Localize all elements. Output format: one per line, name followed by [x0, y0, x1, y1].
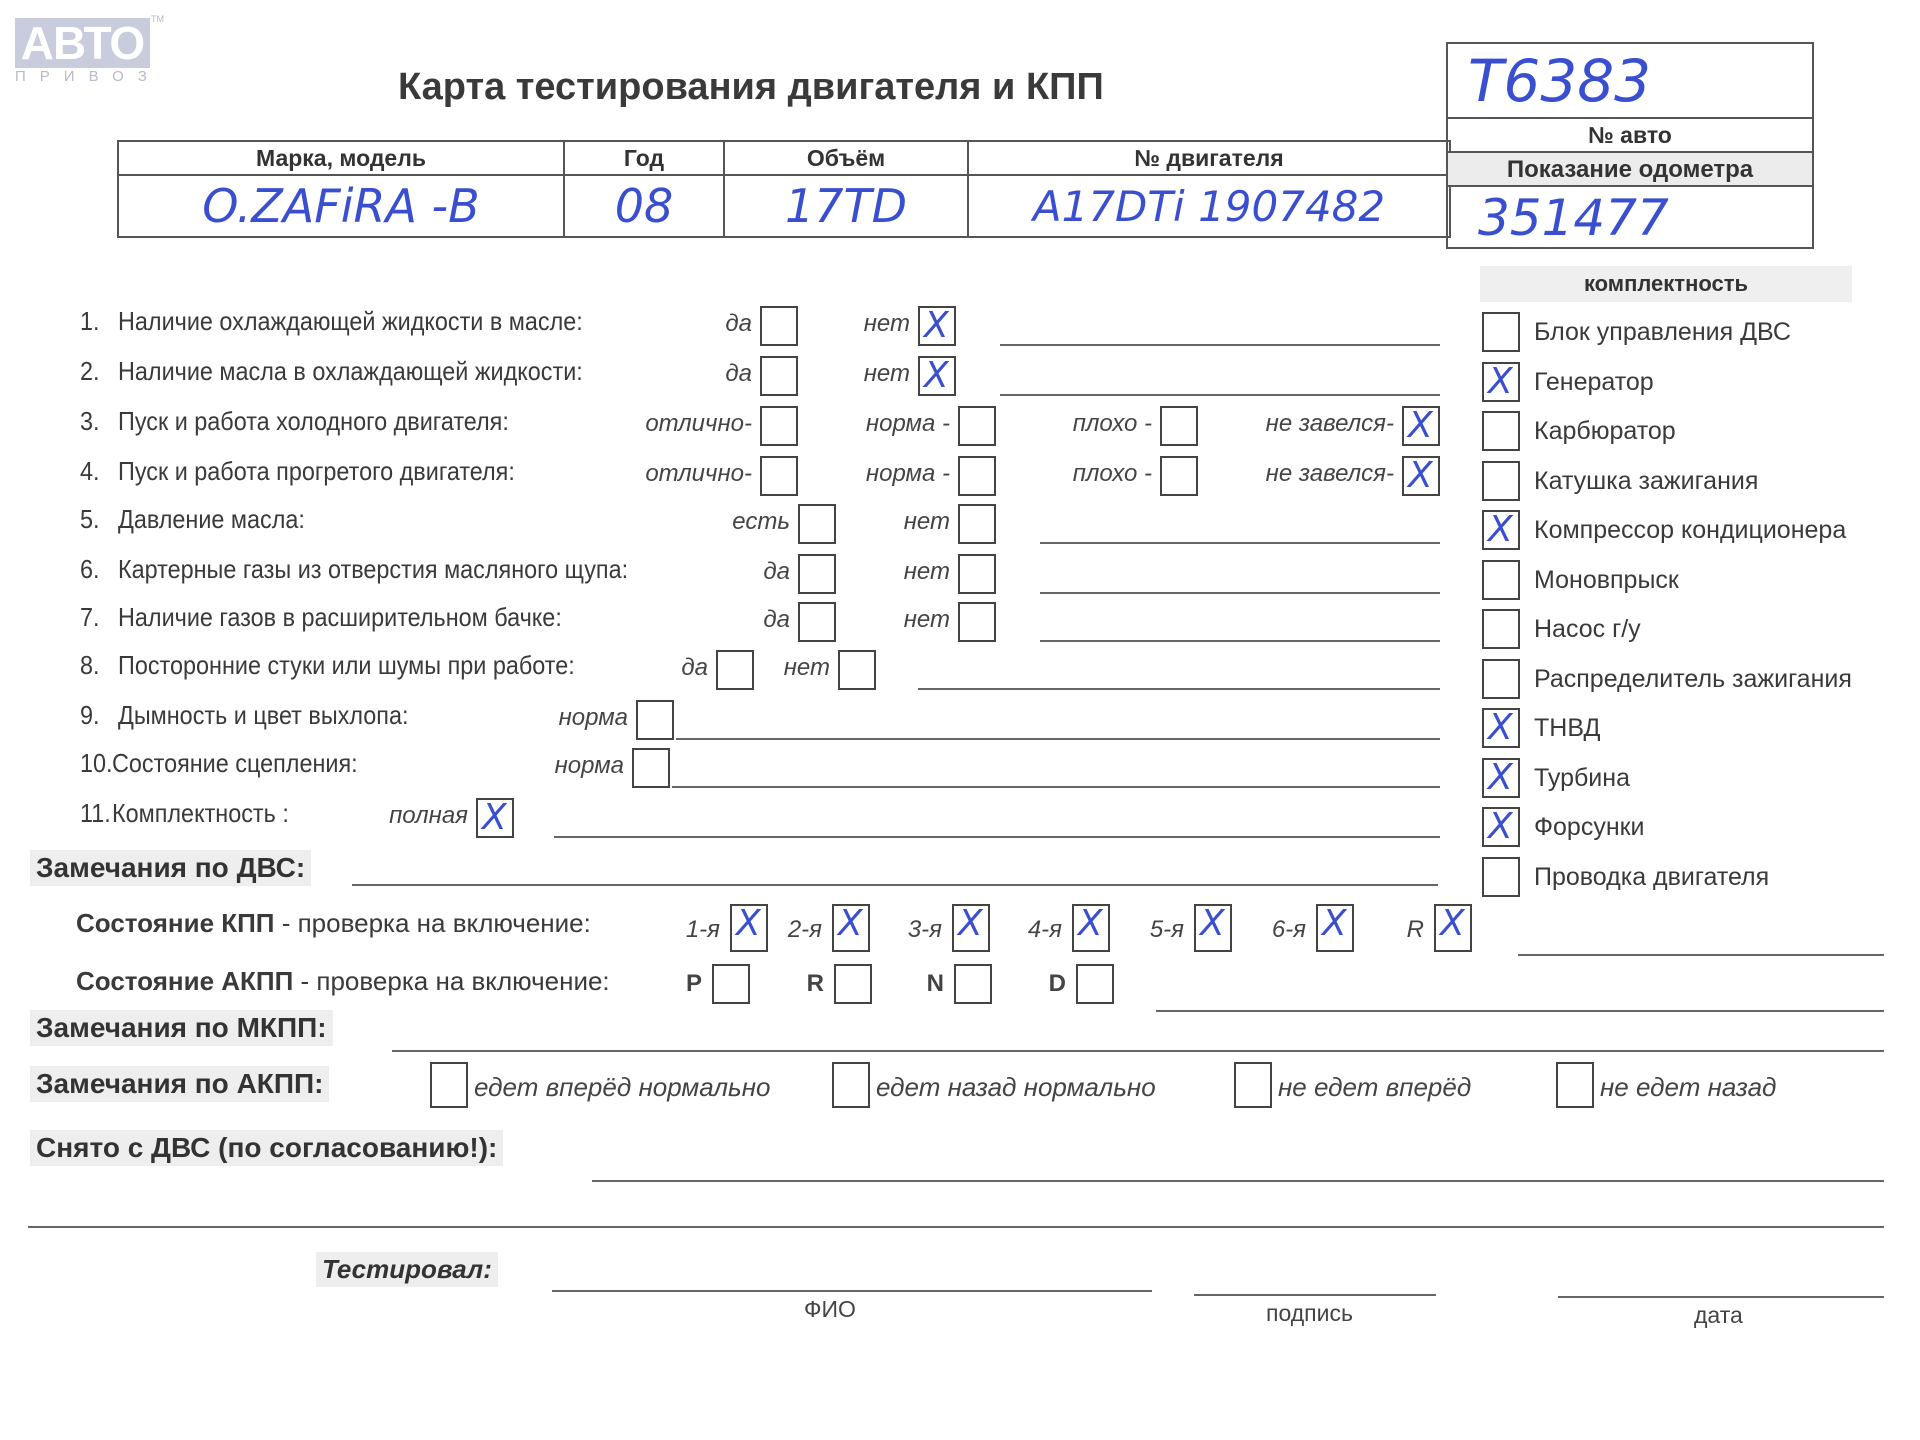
col-header-volume: Объём	[724, 141, 968, 175]
option-label: плохо -	[918, 410, 1152, 438]
check-label: Наличие охлаждающей жидкости в масле:	[118, 306, 583, 337]
signature-line[interactable]	[1194, 1294, 1436, 1296]
kit-item-label: Распределитель зажигания	[1534, 665, 1852, 694]
notes-line[interactable]	[1000, 344, 1440, 346]
option-checkbox[interactable]	[958, 554, 996, 594]
option-label: нет	[716, 606, 950, 634]
option-label: нет	[676, 360, 910, 388]
check-label: Наличие масла в охлаждающей жидкости:	[118, 356, 583, 387]
kit-checkbox[interactable]	[1482, 708, 1520, 748]
option-label: норма	[394, 704, 628, 732]
kit-checkbox[interactable]	[1482, 411, 1520, 451]
option-checkbox[interactable]	[958, 504, 996, 544]
notes-line[interactable]	[918, 688, 1440, 690]
kit-item-label: Моновпрыск	[1534, 566, 1679, 595]
kit-item-label: Карбюратор	[1534, 417, 1676, 446]
check-number: 4.	[80, 456, 100, 487]
engine-number-value[interactable]: A17DTi 1907482	[968, 175, 1450, 237]
kit-checkbox[interactable]	[1482, 758, 1520, 798]
check-label: Картерные газы из отверстия масляного щу…	[118, 554, 628, 585]
kit-item-label: ТНВД	[1534, 714, 1600, 743]
removed-parts-line-2[interactable]	[28, 1226, 1884, 1228]
option-checkbox[interactable]	[632, 748, 670, 788]
odometer-label: Показание одометра	[1446, 151, 1814, 187]
notes-line[interactable]	[1040, 542, 1440, 544]
auto-number-value[interactable]: T6383	[1446, 42, 1814, 117]
fio-line[interactable]	[552, 1290, 1152, 1292]
auto-gearbox-line[interactable]	[1156, 1010, 1884, 1012]
option-label: норма -	[716, 460, 950, 488]
option-checkbox[interactable]	[1402, 456, 1440, 496]
fio-caption: ФИО	[804, 1296, 856, 1323]
manual-gearbox-line[interactable]	[1518, 954, 1884, 956]
check-label: Дымность и цвет выхлопа:	[118, 700, 408, 731]
page-title: Карта тестирования двигателя и КПП	[398, 66, 1104, 109]
notes-line[interactable]	[1000, 394, 1440, 396]
kit-checkbox[interactable]	[1482, 560, 1520, 600]
engine-remarks-line[interactable]	[352, 884, 1438, 886]
date-caption: дата	[1694, 1302, 1743, 1329]
check-number: 11.	[80, 798, 111, 829]
check-label: Пуск и работа холодного двигателя:	[118, 406, 509, 437]
option-label: полная	[234, 802, 468, 830]
date-line[interactable]	[1558, 1296, 1884, 1298]
notes-line[interactable]	[1040, 640, 1440, 642]
kit-checkbox[interactable]	[1482, 362, 1520, 402]
odometer-value[interactable]: 351477	[1446, 187, 1814, 249]
make-model-value[interactable]: O.ZAFiRA -B	[118, 175, 564, 237]
auto-remark-label: не едет назад	[1600, 1072, 1776, 1103]
kit-item-label: Компрессор кондиционера	[1534, 516, 1846, 545]
kit-checkbox[interactable]	[1482, 609, 1520, 649]
kit-item-label: Катушка зажигания	[1534, 467, 1758, 496]
option-checkbox[interactable]	[838, 650, 876, 690]
auto-remark-checkbox[interactable]	[430, 1062, 468, 1108]
col-header-engine-number: № двигателя	[968, 141, 1450, 175]
option-label: норма	[390, 752, 624, 780]
option-label: нет	[676, 310, 910, 338]
engine-remarks-label: Замечания по ДВС:	[30, 850, 311, 886]
gear-label: R	[1190, 916, 1424, 944]
col-header-year: Год	[564, 141, 724, 175]
option-checkbox[interactable]	[918, 356, 956, 396]
auto-remark-checkbox[interactable]	[1234, 1062, 1272, 1108]
option-label: не завелся-	[1160, 410, 1394, 438]
option-checkbox[interactable]	[636, 700, 674, 740]
manual-remarks-line[interactable]	[392, 1050, 1884, 1052]
check-label: Пуск и работа прогретого двигателя:	[118, 456, 515, 487]
option-label: нет	[716, 508, 950, 536]
volume-value[interactable]: 17TD	[724, 175, 968, 237]
option-checkbox[interactable]	[476, 798, 514, 838]
option-label: нет	[716, 558, 950, 586]
check-number: 6.	[80, 554, 100, 585]
option-checkbox[interactable]	[1402, 406, 1440, 446]
kit-checkbox[interactable]	[1482, 807, 1520, 847]
removed-parts-line[interactable]	[592, 1180, 1884, 1182]
notes-line[interactable]	[1040, 592, 1440, 594]
tested-by-label: Тестировал:	[316, 1252, 498, 1287]
auto-remark-label: не едет вперёд	[1278, 1072, 1471, 1103]
kit-item-label: Генератор	[1534, 368, 1654, 397]
year-value[interactable]: 08	[564, 175, 724, 237]
auto-remarks-label: Замечания по АКПП:	[30, 1066, 329, 1102]
check-label: Давление масла:	[118, 504, 305, 535]
kit-checkbox[interactable]	[1482, 510, 1520, 550]
signature-caption: подпись	[1266, 1300, 1353, 1327]
position-label: D	[832, 970, 1066, 998]
option-label: норма -	[716, 410, 950, 438]
notes-line[interactable]	[676, 738, 1440, 740]
col-header-make-model: Марка, модель	[118, 141, 564, 175]
check-number: 10.	[80, 748, 113, 779]
position-checkbox[interactable]	[1076, 964, 1114, 1004]
check-number: 3.	[80, 406, 100, 437]
auto-number-label: № авто	[1446, 117, 1814, 151]
trademark-mark: TM	[151, 14, 164, 24]
logo: АВТО	[15, 18, 150, 68]
auto-remark-label: едет вперёд нормально	[474, 1072, 770, 1103]
auto-remark-label: едет назад нормально	[876, 1072, 1156, 1103]
kit-checkbox[interactable]	[1482, 857, 1520, 897]
kit-item-label: Проводка двигателя	[1534, 863, 1769, 892]
check-label: Состояние сцепления:	[112, 748, 358, 779]
check-label: Наличие газов в расширительном бачке:	[118, 602, 562, 633]
check-number: 7.	[80, 602, 100, 633]
gear-checkbox[interactable]	[1434, 904, 1472, 952]
kit-item-label: Турбина	[1534, 764, 1630, 793]
check-number: 5.	[80, 504, 100, 535]
kit-title: комплектность	[1480, 266, 1852, 302]
kit-item-label: Насос г/у	[1534, 615, 1641, 644]
removed-parts-label: Снято с ДВС (по согласованию!):	[30, 1130, 503, 1166]
kit-checkbox[interactable]	[1482, 461, 1520, 501]
option-label: не завелся-	[1160, 460, 1394, 488]
notes-line[interactable]	[554, 836, 1440, 838]
check-number: 2.	[80, 356, 100, 387]
auto-remark-checkbox[interactable]	[832, 1062, 870, 1108]
option-label: плохо -	[918, 460, 1152, 488]
check-number: 9.	[80, 700, 100, 731]
option-checkbox[interactable]	[958, 602, 996, 642]
kit-item-label: Форсунки	[1534, 813, 1645, 842]
kit-checkbox[interactable]	[1482, 312, 1520, 352]
auto-remark-checkbox[interactable]	[1556, 1062, 1594, 1108]
check-number: 1.	[80, 306, 100, 337]
kit-checkbox[interactable]	[1482, 659, 1520, 699]
manual-remarks-label: Замечания по МКПП:	[30, 1010, 333, 1046]
option-checkbox[interactable]	[918, 306, 956, 346]
kit-item-label: Блок управления ДВС	[1534, 318, 1791, 347]
check-number: 8.	[80, 650, 100, 681]
notes-line[interactable]	[672, 786, 1440, 788]
vehicle-info-table: Марка, модель Год Объём № двигателя O.ZA…	[117, 140, 1451, 238]
logo-subtitle: ПРИВОЗ	[15, 68, 155, 85]
option-label: нет	[596, 654, 830, 682]
